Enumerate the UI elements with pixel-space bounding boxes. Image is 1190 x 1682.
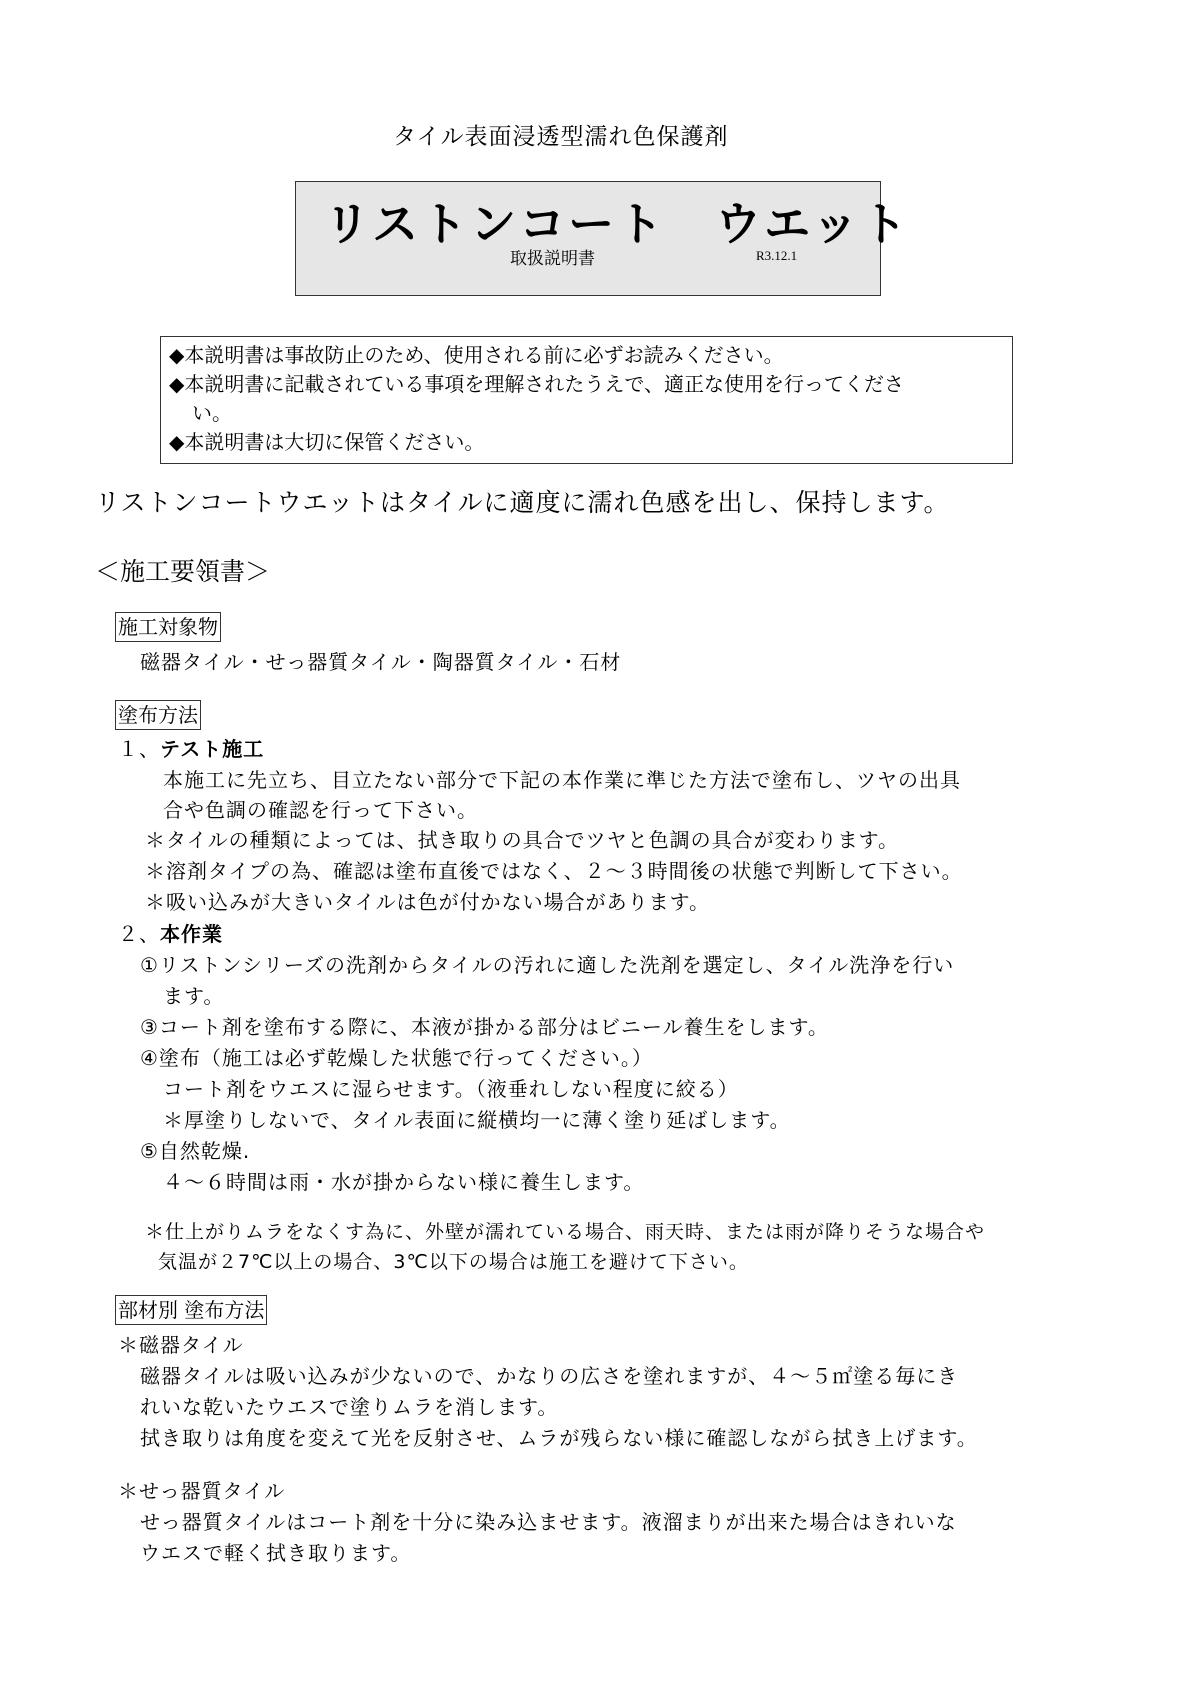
step2-title: 本作業 xyxy=(160,922,223,946)
step1-note: ＊溶剤タイプの為、確認は塗布直後ではなく、２～３時間後の状態で判断して下さい。 xyxy=(145,859,963,883)
step2-number: ２、 xyxy=(118,922,160,946)
targets-label: 施工対象物 xyxy=(115,612,221,642)
stoneware-line: ウエスで軽く拭き取ります。 xyxy=(140,1541,411,1565)
porcelain-line: 拭き取りは角度を変えて光を反射させ、ムラが残らない様に確認しながら拭き上げます。 xyxy=(140,1426,978,1450)
intro-text: リストンコートウエットはタイルに適度に濡れ色感を出し、保持します。 xyxy=(95,483,950,519)
document-type: 取扱説明書 xyxy=(510,244,595,269)
step2-item: ④塗布（施工は必ず乾燥した状態で行ってください。） xyxy=(140,1046,653,1070)
notice-line: ◆本説明書は事故防止のため、使用される前に必ずお読みください。 xyxy=(169,341,1004,370)
step2-item: ＊厚塗りしないで、タイル表面に縦横均一に薄く塗り延ばします。 xyxy=(163,1108,791,1132)
step2-heading: ２、本作業 xyxy=(118,922,223,946)
porcelain-line: れいな乾いたウエスで塗りムラを消します。 xyxy=(140,1395,558,1419)
caution-line: ＊仕上がりムラをなくす為に、外壁が濡れている場合、雨天時、または雨が降りそうな場… xyxy=(145,1220,985,1244)
step2-item: コート剤をウエスに湿らせます。（液垂れしない程度に絞る） xyxy=(163,1077,739,1101)
product-name: リストンコート ウエット xyxy=(324,188,910,254)
step2-item: ⑤自然乾燥. xyxy=(140,1139,250,1163)
section-title: ＜施工要領書＞ xyxy=(95,552,270,588)
stoneware-title: ＊せっ器質タイル xyxy=(118,1479,285,1503)
step1-title: テスト施工 xyxy=(160,737,264,761)
notice-box: ◆本説明書は事故防止のため、使用される前に必ずお読みください。 ◆本説明書に記載… xyxy=(160,336,1013,464)
stoneware-line: せっ器質タイルはコート剤を十分に染み込ませます。液溜まりが出来た場合はきれいな xyxy=(140,1510,957,1534)
step1-line: 本施工に先立ち、目立たない部分で下記の本作業に準じた方法で塗布し、ツヤの出具 xyxy=(163,768,961,792)
method-label: 塗布方法 xyxy=(115,700,201,730)
porcelain-line: 磁器タイルは吸い込みが少ないので、かなりの広さを塗れますが、４～５㎡塗る毎にき xyxy=(140,1364,958,1388)
notice-line: ◆本説明書は大切に保管ください。 xyxy=(169,428,1004,457)
notice-line: い。 xyxy=(169,399,1004,428)
step1-note: ＊吸い込みが大きいタイルは色が付かない場合があります。 xyxy=(145,890,710,914)
version-label: R3.12.1 xyxy=(756,248,797,264)
product-subtitle: タイル表面浸透型濡れ色保護剤 xyxy=(393,118,729,151)
step2-item: ます。 xyxy=(163,984,224,1008)
notice-line: ◆本説明書に記載されている事項を理解されたうえで、適正な使用を行ってくださ xyxy=(169,370,1004,399)
caution-line: 気温が２7℃以上の場合、3℃以下の場合は施工を避けて下さい。 xyxy=(158,1250,749,1274)
step1-note: ＊タイルの種類によっては、拭き取りの具合でツヤと色調の具合が変わります。 xyxy=(145,828,899,852)
step1-line: 合や色調の確認を行って下さい。 xyxy=(163,798,478,822)
title-box: リストンコート ウエット 取扱説明書 R3.12.1 xyxy=(295,181,881,296)
by-material-label: 部材別 塗布方法 xyxy=(115,1295,267,1325)
step1-number: １、 xyxy=(118,737,160,761)
step1-heading: １、テスト施工 xyxy=(118,737,264,761)
targets-text: 磁器タイル・せっ器質タイル・陶器質タイル・石材 xyxy=(140,650,621,674)
step2-item: ①リストンシリーズの洗剤からタイルの汚れに適した洗剤を選定し、タイル洗浄を行い xyxy=(140,953,954,977)
step2-item: ③コート剤を塗布する際に、本液が掛かる部分はビニール養生をします。 xyxy=(140,1015,829,1039)
step2-item: ４～６時間は雨・水が掛からない様に養生します。 xyxy=(163,1170,644,1194)
porcelain-title: ＊磁器タイル xyxy=(118,1333,244,1357)
